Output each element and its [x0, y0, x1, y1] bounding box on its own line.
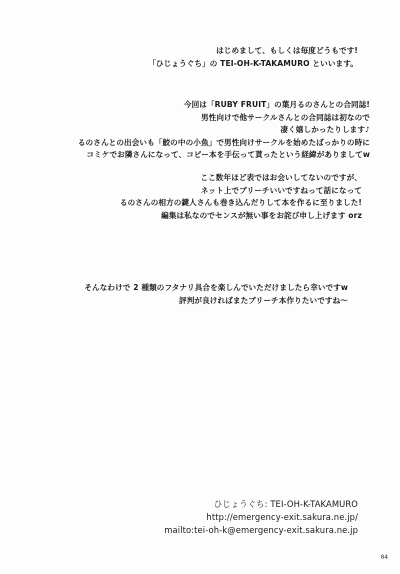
- intro-paragraph: はじめまして、もしくは毎度どうもです! 「ひじょうぐち」の TEI-OH-K-T…: [148, 45, 358, 70]
- mail-address: mailto:tei-oh-k@emergency-exit.sakura.ne…: [164, 524, 358, 537]
- text-line: るのさんの相方の鍵人さんも巻き込んだりして本を作るに至りました!: [120, 197, 362, 210]
- text-line: 編集は私なのでセンスが無い事をお詫び申し上げます orz: [120, 210, 362, 223]
- website-url: http://emergency-exit.sakura.ne.jp/: [164, 511, 358, 524]
- text-line: るのさんとの出会いも「鮫の中の小魚」で男性向けサークルを始めたばっかりの時に: [78, 137, 370, 150]
- text-line: ここ数年ほど表ではお会いしてないのですが、: [120, 172, 362, 185]
- text-line: 評判が良ければまたブリーチ本作りたいですね〜: [84, 295, 348, 308]
- ruby-fruit-paragraph: 今回は「RUBY FRUIT」の葉月るのさんとの合同誌! 男性向けで他サークルさ…: [78, 99, 370, 162]
- recent-paragraph: ここ数年ほど表ではお会いしてないのですが、 ネット上でブリーチいいですねって話に…: [120, 172, 362, 222]
- text-line: 凄く嬉しかったりします♪: [78, 124, 370, 137]
- circle-name: ひじょうぐち: TEI-OH-K-TAKAMURO: [164, 498, 358, 511]
- text-line: コミケでお隣さんになって、コピー本を手伝って貰ったという経緯がありましてw: [78, 149, 370, 162]
- text-line: 「ひじょうぐち」の TEI-OH-K-TAKAMURO といいます。: [148, 58, 358, 71]
- credits-block: ひじょうぐち: TEI-OH-K-TAKAMURO http://emergen…: [164, 498, 358, 537]
- page-number: 04: [381, 554, 388, 561]
- text-line: 今回は「RUBY FRUIT」の葉月るのさんとの合同誌!: [78, 99, 370, 112]
- document-page: はじめまして、もしくは毎度どうもです! 「ひじょうぐち」の TEI-OH-K-T…: [0, 0, 400, 574]
- text-line: ネット上でブリーチいいですねって話になって: [120, 185, 362, 198]
- text-line: 男性向けで他サークルさんとの合同誌は初なので: [78, 112, 370, 125]
- text-line: はじめまして、もしくは毎度どうもです!: [148, 45, 358, 58]
- text-line: そんなわけで 2 種類のフタナリ具合を楽しんでいただけましたら幸いですw: [84, 282, 348, 295]
- closing-paragraph: そんなわけで 2 種類のフタナリ具合を楽しんでいただけましたら幸いですw 評判が…: [84, 282, 348, 307]
